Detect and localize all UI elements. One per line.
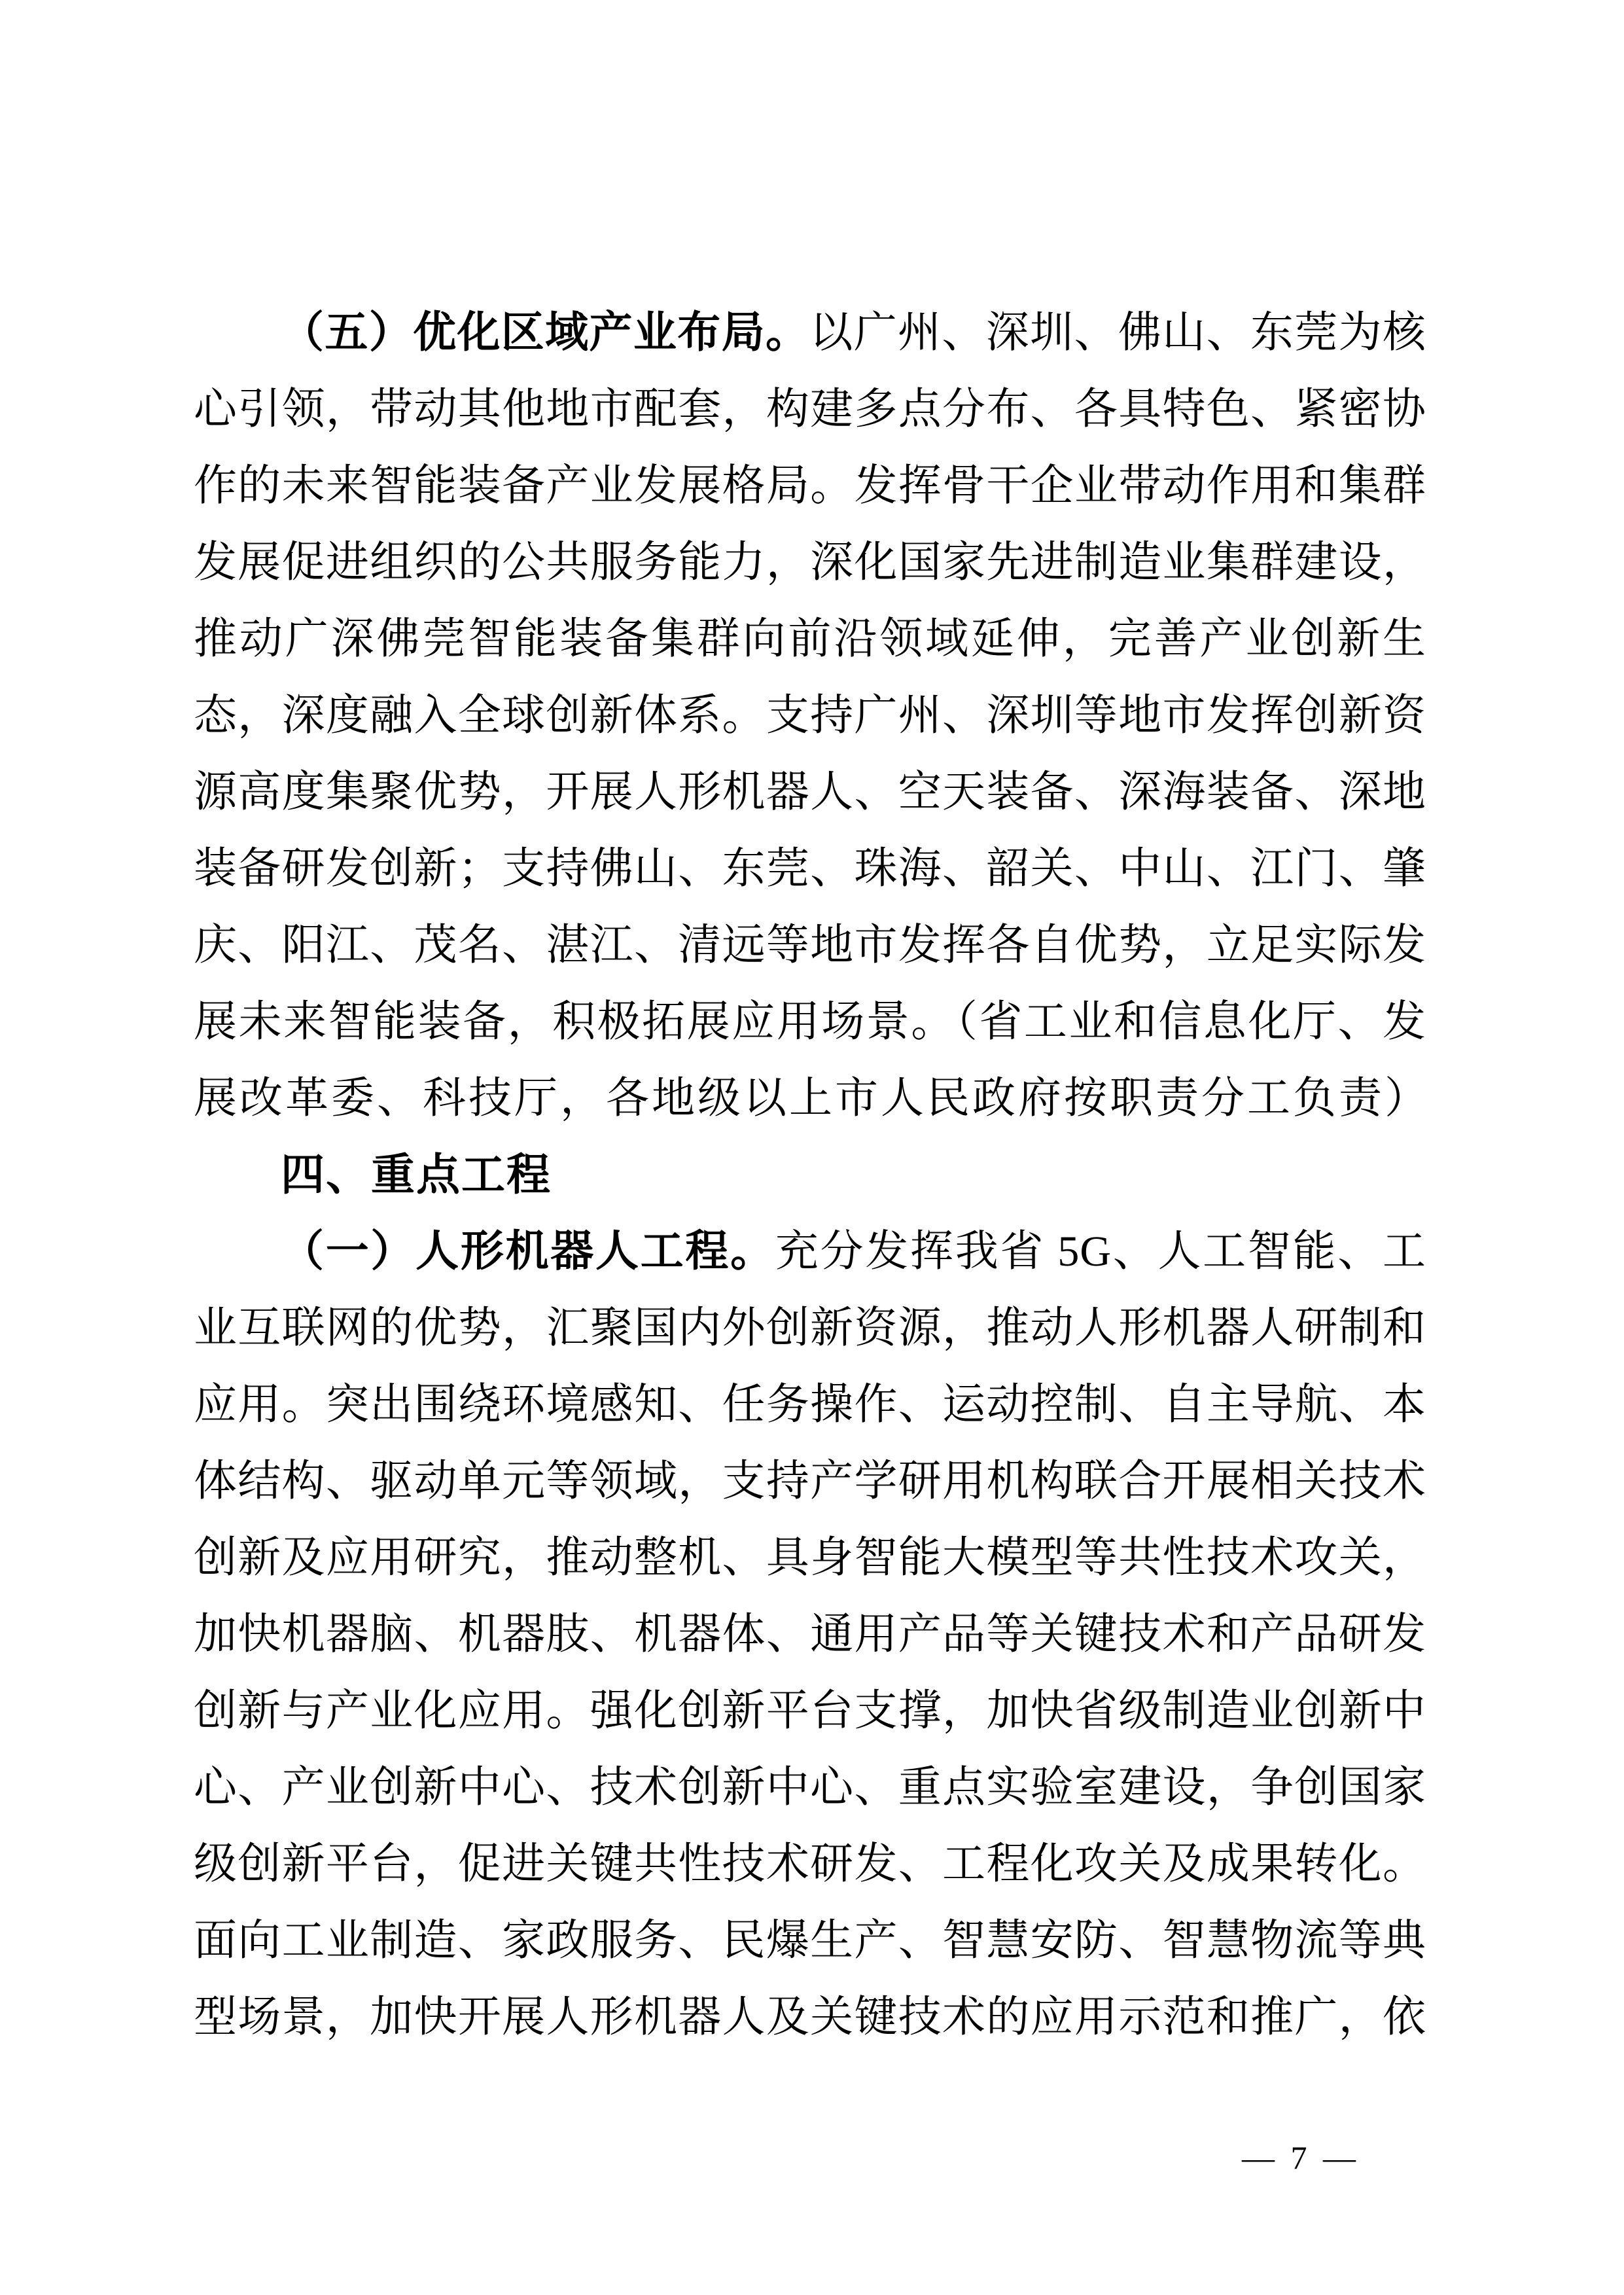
paragraph-text: 推动广深佛莞智能装备集群向前沿领域延伸，完善产业创新生 (194, 615, 1426, 663)
page-number: — 7 — (1216, 2125, 1386, 2190)
document-line: 创新与产业化应用。强化创新平台支撑，加快省级制造业创新中 (194, 1673, 1426, 1749)
document-line: 展未来智能装备，积极拓展应用场景。（省工业和信息化厅、发 (194, 984, 1426, 1060)
document-line: 型场景，加快开展人形机器人及关键技术的应用示范和推广，依 (194, 1979, 1426, 2055)
paragraph-text: 应用。突出围绕环境感知、任务操作、运动控制、自主导航、本 (194, 1381, 1426, 1429)
paragraph-text: 作的未来智能装备产业发展格局。发挥骨干企业带动作用和集群 (194, 462, 1426, 510)
paragraph-text: 展未来智能装备，积极拓展应用场景。（省工业和信息化厅、发 (194, 998, 1426, 1046)
paragraph-text: 级创新平台，促进关键共性技术研发、工程化攻关及成果转化。 (194, 1840, 1426, 1888)
paragraph-text: 加快机器脑、机器肢、机器体、通用产品等关键技术和产品研发 (194, 1610, 1426, 1658)
section-4-key-projects-heading: 四、重点工程 (194, 1137, 1426, 1213)
document-line: 发展促进组织的公共服务能力，深化国家先进制造业集群建设， (194, 524, 1426, 601)
document-body: （五）优化区域产业布局。以广州、深圳、佛山、东莞为核心引领，带动其他地市配套，构… (194, 294, 1426, 2055)
document-line: 源高度集聚优势，开展人形机器人、空天装备、深海装备、深地 (194, 754, 1426, 830)
paragraph-text: 装备研发创新；支持佛山、东莞、珠海、韶关、中山、江门、肇 (194, 845, 1426, 893)
paragraph-text: 展改革委、科技厅，各地级以上市人民政府按职责分工负责） (194, 1075, 1430, 1122)
paragraph-text: 创新与产业化应用。强化创新平台支撑，加快省级制造业创新中 (194, 1687, 1426, 1735)
paragraph-text: 创新及应用研究，推动整机、具身智能大模型等共性技术攻关， (194, 1534, 1426, 1582)
document-line: （一）人形机器人工程。充分发挥我省 5G、人工智能、工 (194, 1213, 1426, 1290)
paragraph-text: 型场景，加快开展人形机器人及关键技术的应用示范和推广，依 (194, 1993, 1426, 2041)
document-line: 庆、阳江、茂名、湛江、清远等地市发挥各自优势，立足实际发 (194, 907, 1426, 984)
paragraph-text: 态，深度融入全球创新体系。支持广州、深圳等地市发挥创新资 (194, 692, 1426, 739)
paragraph-text: 充分发挥我省 5G、人工智能、工 (775, 1228, 1426, 1275)
paragraph-text: 庆、阳江、茂名、湛江、清远等地市发挥各自优势，立足实际发 (194, 921, 1426, 969)
document-page: （五）优化区域产业布局。以广州、深圳、佛山、东莞为核心引领，带动其他地市配套，构… (0, 0, 1624, 2295)
document-line: 加快机器脑、机器肢、机器体、通用产品等关键技术和产品研发 (194, 1596, 1426, 1673)
document-line: 作的未来智能装备产业发展格局。发挥骨干企业带动作用和集群 (194, 448, 1426, 524)
document-line: 态，深度融入全球创新体系。支持广州、深圳等地市发挥创新资 (194, 677, 1426, 754)
document-line: （五）优化区域产业布局。以广州、深圳、佛山、东莞为核 (194, 294, 1426, 371)
paragraph-text: 以广州、深圳、佛山、东莞为核 (809, 309, 1426, 357)
document-line: 推动广深佛莞智能装备集群向前沿领域延伸，完善产业创新生 (194, 601, 1426, 677)
document-line: 应用。突出围绕环境感知、任务操作、运动控制、自主导航、本 (194, 1366, 1426, 1443)
paragraph-text: 体结构、驱动单元等领域，支持产学研用机构联合开展相关技术 (194, 1457, 1426, 1505)
document-line: 业互联网的优势，汇聚国内外创新资源，推动人形机器人研制和 (194, 1290, 1426, 1366)
paragraph-text: 面向工业制造、家政服务、民爆生产、智慧安防、智慧物流等典 (194, 1917, 1426, 1965)
paragraph-lead-text: （五）优化区域产业布局。 (281, 309, 809, 357)
document-line: 展改革委、科技厅，各地级以上市人民政府按职责分工负责） (194, 1060, 1426, 1137)
document-line: 级创新平台，促进关键共性技术研发、工程化攻关及成果转化。 (194, 1826, 1426, 1902)
document-line: 心引领，带动其他地市配套，构建多点分布、各具特色、紧密协 (194, 371, 1426, 448)
paragraph-text: 源高度集聚优势，开展人形机器人、空天装备、深海装备、深地 (194, 768, 1426, 816)
document-line: 心、产业创新中心、技术创新中心、重点实验室建设，争创国家 (194, 1749, 1426, 1826)
document-line: 体结构、驱动单元等领域，支持产学研用机构联合开展相关技术 (194, 1443, 1426, 1520)
document-line: 面向工业制造、家政服务、民爆生产、智慧安防、智慧物流等典 (194, 1902, 1426, 1979)
paragraph-text: 发展促进组织的公共服务能力，深化国家先进制造业集群建设， (194, 539, 1426, 586)
document-line: 装备研发创新；支持佛山、东莞、珠海、韶关、中山、江门、肇 (194, 830, 1426, 907)
paragraph-lead-text: （一）人形机器人工程。 (281, 1228, 775, 1275)
paragraph-text: 业互联网的优势，汇聚国内外创新资源，推动人形机器人研制和 (194, 1304, 1426, 1352)
paragraph-text: 心、产业创新中心、技术创新中心、重点实验室建设，争创国家 (194, 1764, 1426, 1811)
document-line: 创新及应用研究，推动整机、具身智能大模型等共性技术攻关， (194, 1520, 1426, 1596)
paragraph-text: 心引领，带动其他地市配套，构建多点分布、各具特色、紧密协 (194, 385, 1426, 433)
